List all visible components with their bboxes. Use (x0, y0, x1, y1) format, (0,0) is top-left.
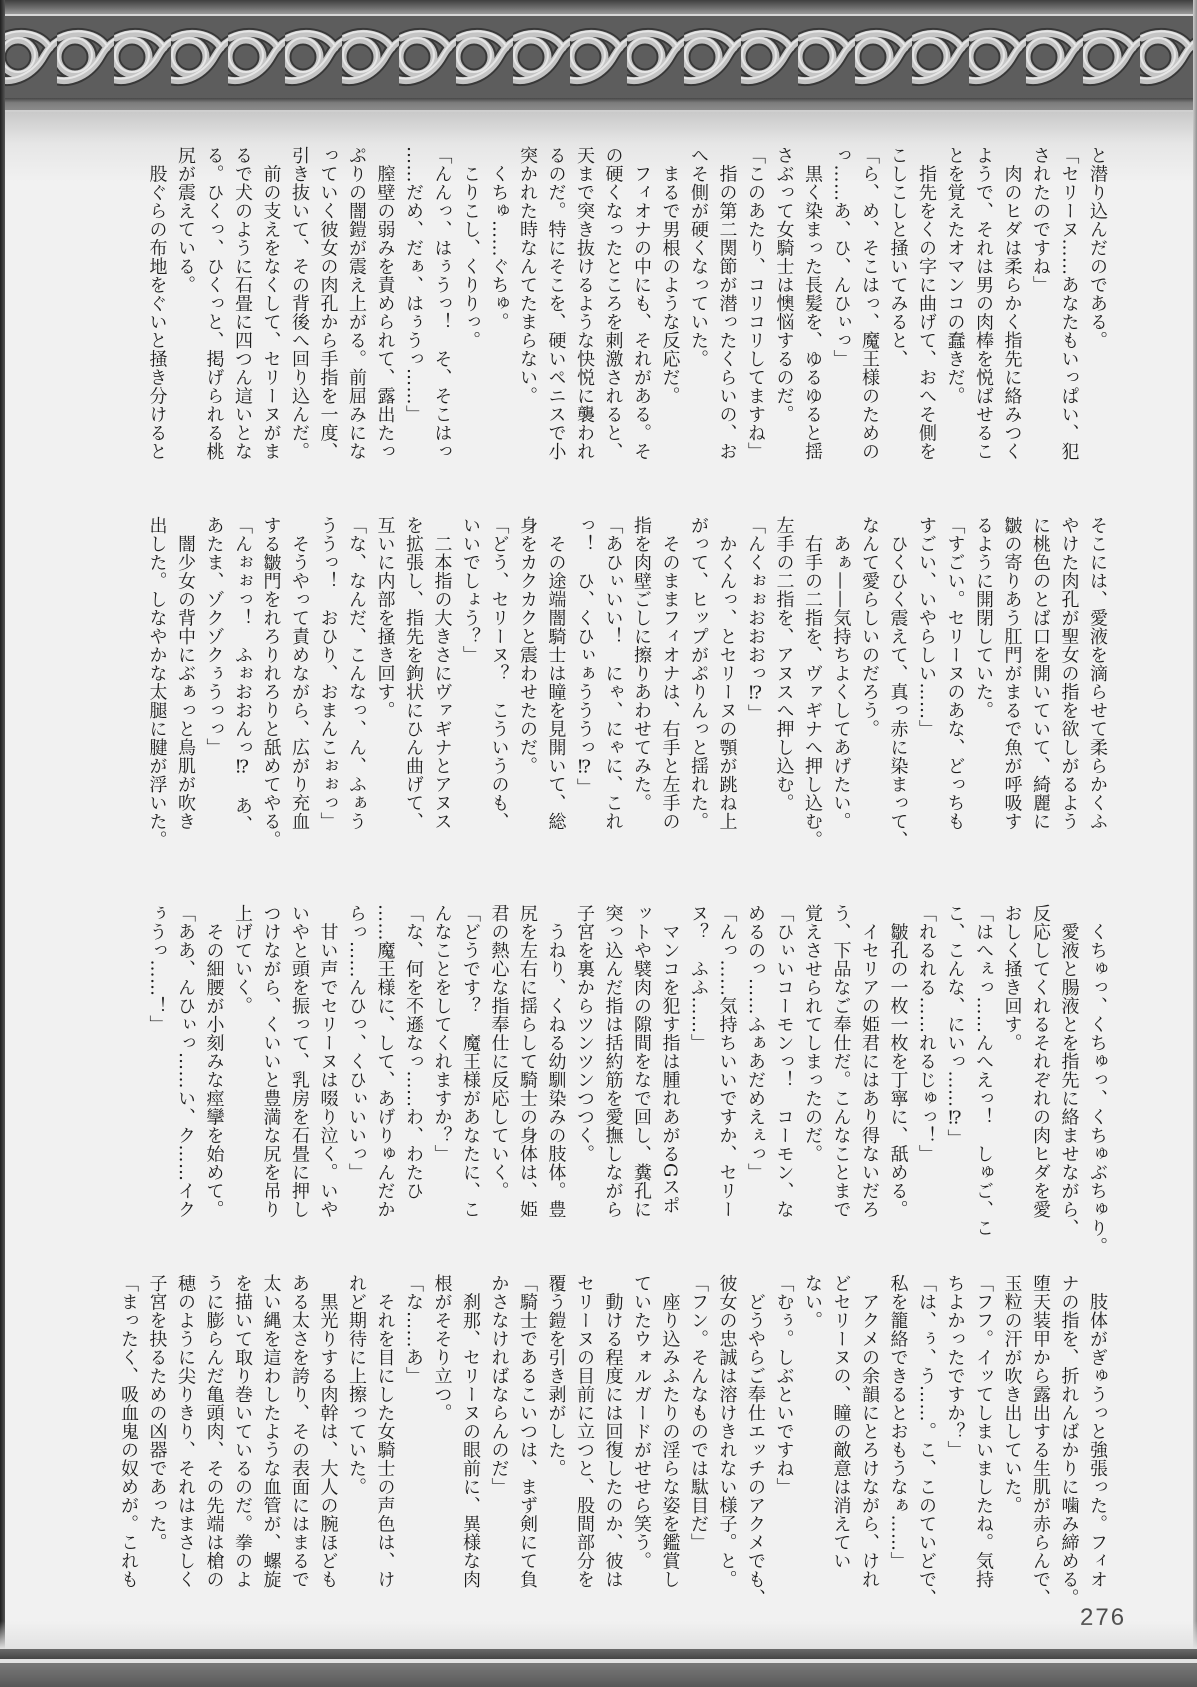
novel-text-band-2: そこには、愛液を滴らせて柔らかくふ やけた肉孔が聖女の指を欲しがるよう に桃色の… (101, 516, 1111, 868)
header-bottom-bar (0, 98, 1197, 112)
scanned-novel-page: と潜り込んだのである。 「セリーヌ……あなたもいっぱい、犯 されたのですね」 肉… (0, 0, 1197, 1687)
novel-text-band-4: 肢体がぎゅうっと強張った。フィオ ナの指を、折れんばかりに噛み締める。 堕天装甲… (101, 1274, 1111, 1626)
footer-dark-line (0, 1649, 1197, 1659)
novel-text-band-3: くちゅっ、くちゅっ、くちゅぶちゅり。 愛液と腸液とを指先に絡ませながら、 反応し… (101, 904, 1111, 1256)
footer-gray-bar (0, 1663, 1197, 1687)
scan-edge-left (0, 0, 5, 1687)
novel-text-band-1: と潜り込んだのである。 「セリーヌ……あなたもいっぱい、犯 されたのですね」 肉… (101, 146, 1111, 498)
footer-shade (0, 1621, 1197, 1649)
scan-edge-right (1193, 0, 1197, 1687)
celtic-knot-ornament-icon (0, 16, 1197, 98)
header-top-strip (0, 0, 1197, 16)
footer-scan-bar (0, 1649, 1197, 1687)
